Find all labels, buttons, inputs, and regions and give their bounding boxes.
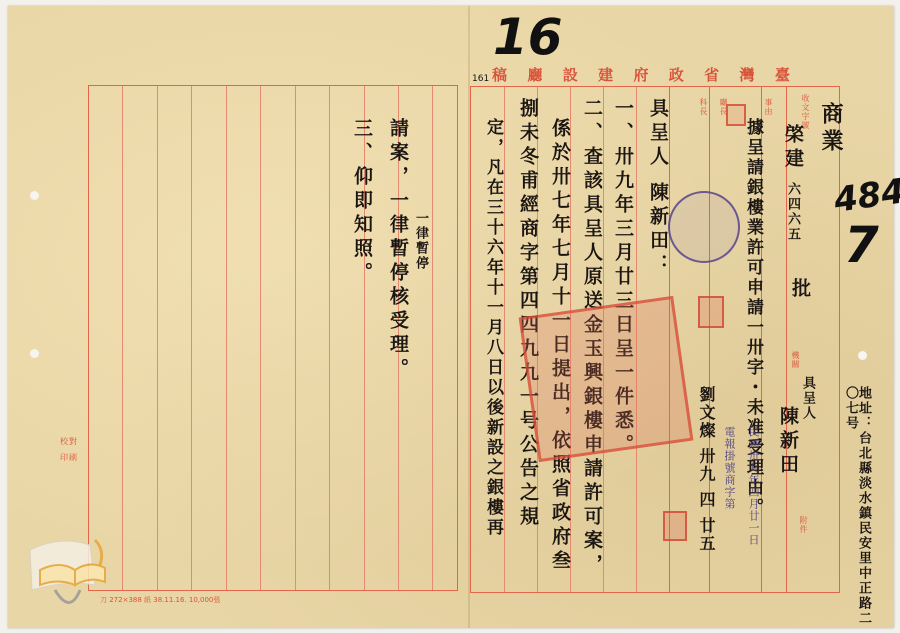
recipient-name: 陳新田 xyxy=(778,406,797,478)
body-line-7: 請案，一律暫停核受理。 xyxy=(388,118,407,382)
header-char: 省 xyxy=(704,64,721,85)
header-char: 廳 xyxy=(527,64,544,85)
grid-line xyxy=(191,86,192,590)
red-small-seal-2 xyxy=(663,511,687,541)
purple-round-stamp xyxy=(668,191,740,263)
label-attachment: 附件 xyxy=(798,516,809,534)
punch-hole xyxy=(30,191,39,200)
label-proofread: 校對 xyxy=(60,436,78,447)
receipt-prefix: 棨建 xyxy=(783,124,802,172)
header-char: 政 xyxy=(669,64,686,85)
handwritten-page-number: 16 xyxy=(493,8,563,66)
body-line-8: 三、仰即知照。 xyxy=(352,118,371,286)
body-line-6: 定，凡在三十六年十一月八日以後新設之銀樓再 xyxy=(484,118,501,538)
archive-document: 校對 印刷 稿 廳 設 建 府 政 省 灣 臺 16 161 收文字號 事由 廳… xyxy=(8,6,894,628)
grid-line xyxy=(432,86,433,590)
annotation-suspend: 一律暫停 xyxy=(414,211,427,271)
approval-char: 批 xyxy=(790,278,809,302)
red-seal-stamp xyxy=(519,296,694,462)
header-char: 建 xyxy=(598,64,615,85)
label-subject: 事由 xyxy=(763,98,774,116)
punch-hole xyxy=(858,351,867,360)
address-text: 地址：台北縣淡水鎮民安里中正路二〇七号 xyxy=(844,386,870,628)
grid-line xyxy=(295,86,296,590)
purple-telegraph-stamp: 電報掛號商字第 xyxy=(724,426,735,510)
label-section-chief: 科長 xyxy=(698,98,709,116)
archive-number: 484 xyxy=(832,171,900,220)
grid-line xyxy=(260,86,261,590)
header-char: 設 xyxy=(563,64,580,85)
document-header-title: 稿 廳 設 建 府 政 省 灣 臺 xyxy=(492,64,792,85)
archive-watermark-logo xyxy=(20,530,120,615)
category-handwritten: 商業 xyxy=(820,102,842,156)
grid-line xyxy=(157,86,158,590)
punch-hole xyxy=(30,349,39,358)
header-char: 府 xyxy=(633,64,650,85)
header-char: 稿 xyxy=(492,64,509,85)
margin-note: 161 xyxy=(472,74,489,84)
signature-annotation: 劉文燦 卅九 四 廿五 xyxy=(698,386,714,553)
body-line-5: 捌未冬甫經商字第四四九九一号公告之規 xyxy=(518,98,537,530)
recipient-label: 具呈人 xyxy=(801,376,814,421)
receipt-number: 六四六五 xyxy=(786,182,799,242)
grid-line xyxy=(329,86,330,590)
header-char: 臺 xyxy=(775,64,792,85)
body-line-1: 具呈人 陳新田： xyxy=(648,98,667,278)
grid-line xyxy=(504,87,505,592)
header-char: 灣 xyxy=(740,64,757,85)
label-print: 印刷 xyxy=(60,452,78,463)
purple-date-stamp: 民國卅九年四月廿一日 xyxy=(748,426,759,546)
label-agency: 機關 xyxy=(790,351,801,369)
grid-line xyxy=(226,86,227,590)
red-small-seal xyxy=(698,296,724,328)
grid-line xyxy=(122,86,123,590)
red-small-seal-3 xyxy=(726,104,746,126)
archive-number-2: 7 xyxy=(844,216,879,274)
